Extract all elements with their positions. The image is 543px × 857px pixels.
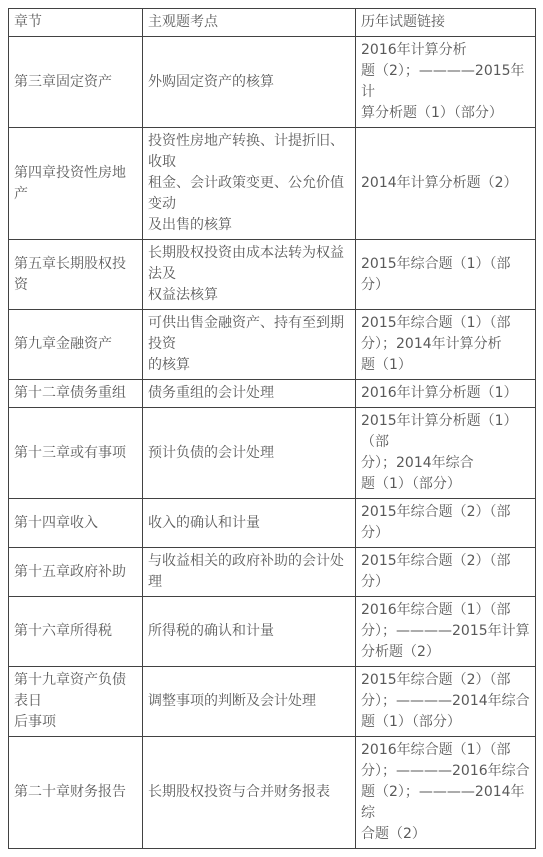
header-row: 章节 主观题考点 历年试题链接 — [9, 9, 536, 37]
table-row: 第十三章或有事项 预计负债的会计处理 2015年计算分析题（1）（部 分）；20… — [9, 408, 536, 499]
table-row: 第五章长期股权投资 长期股权投资由成本法转为权益法及 权益法核算 2015年综合… — [9, 240, 536, 310]
topic-cell: 调整事项的判断及会计处理 — [143, 667, 356, 737]
table-row: 第十五章政府补助 与收益相关的政府补助的会计处理 2015年综合题（2）（部分） — [9, 548, 536, 597]
chapter-cell: 第十四章收入 — [9, 499, 143, 548]
table-row: 第三章固定资产 外购固定资产的核算 2016年计算分析 题（2）；————201… — [9, 37, 536, 128]
chapter-cell: 第四章投资性房地产 — [9, 128, 143, 240]
links-cell: 2015年计算分析题（1）（部 分）；2014年综合 题（1）（部分） — [356, 408, 536, 499]
header-chapter: 章节 — [9, 9, 143, 37]
links-cell: 2015年综合题（2）（部 分）；————2014年综合 题（1）（部分） — [356, 667, 536, 737]
header-topic: 主观题考点 — [143, 9, 356, 37]
header-links: 历年试题链接 — [356, 9, 536, 37]
table-row: 第四章投资性房地产 投资性房地产转换、计提折旧、收取 租金、会计政策变更、公允价… — [9, 128, 536, 240]
links-cell: 2016年综合题（1）（部 分）；————2016年综合 题（2）；————20… — [356, 737, 536, 849]
chapter-cell: 第十九章资产负债表日 后事项 — [9, 667, 143, 737]
exam-topics-table: 章节 主观题考点 历年试题链接 第三章固定资产 外购固定资产的核算 2016年计… — [8, 8, 536, 849]
links-cell: 2016年计算分析 题（2）；————2015年计 算分析题（1）（部分） — [356, 37, 536, 128]
links-cell: 2015年综合题（2）（部分） — [356, 499, 536, 548]
table-row: 第二十章财务报告 长期股权投资与合并财务报表 2016年综合题（1）（部 分）；… — [9, 737, 536, 849]
chapter-cell: 第九章金融资产 — [9, 310, 143, 380]
topic-cell: 可供出售金融资产、持有至到期投资 的核算 — [143, 310, 356, 380]
table-row: 第十四章收入 收入的确认和计量 2015年综合题（2）（部分） — [9, 499, 536, 548]
chapter-cell: 第十五章政府补助 — [9, 548, 143, 597]
topic-cell: 债务重组的会计处理 — [143, 380, 356, 408]
topic-cell: 长期股权投资由成本法转为权益法及 权益法核算 — [143, 240, 356, 310]
links-cell: 2015年综合题（2）（部分） — [356, 548, 536, 597]
topic-cell: 收入的确认和计量 — [143, 499, 356, 548]
table-row: 第十六章所得税 所得税的确认和计量 2016年综合题（1）（部 分）；————2… — [9, 597, 536, 667]
topic-cell: 长期股权投资与合并财务报表 — [143, 737, 356, 849]
topic-cell: 投资性房地产转换、计提折旧、收取 租金、会计政策变更、公允价值变动 及出售的核算 — [143, 128, 356, 240]
chapter-cell: 第十三章或有事项 — [9, 408, 143, 499]
links-cell: 2015年综合题（1）（部 分）；2014年计算分析 题（1） — [356, 310, 536, 380]
chapter-cell: 第二十章财务报告 — [9, 737, 143, 849]
topic-cell: 外购固定资产的核算 — [143, 37, 356, 128]
links-cell: 2016年综合题（1）（部 分）；————2015年计算 分析题（2） — [356, 597, 536, 667]
chapter-cell: 第十六章所得税 — [9, 597, 143, 667]
table-row: 第十九章资产负债表日 后事项 调整事项的判断及会计处理 2015年综合题（2）（… — [9, 667, 536, 737]
links-cell: 2015年综合题（1）（部分） — [356, 240, 536, 310]
chapter-cell: 第三章固定资产 — [9, 37, 143, 128]
chapter-cell: 第十二章债务重组 — [9, 380, 143, 408]
links-cell: 2016年计算分析题（1） — [356, 380, 536, 408]
table-row: 第九章金融资产 可供出售金融资产、持有至到期投资 的核算 2015年综合题（1）… — [9, 310, 536, 380]
links-cell: 2014年计算分析题（2） — [356, 128, 536, 240]
chapter-cell: 第五章长期股权投资 — [9, 240, 143, 310]
topic-cell: 与收益相关的政府补助的会计处理 — [143, 548, 356, 597]
topic-cell: 所得税的确认和计量 — [143, 597, 356, 667]
topic-cell: 预计负债的会计处理 — [143, 408, 356, 499]
table-row: 第十二章债务重组 债务重组的会计处理 2016年计算分析题（1） — [9, 380, 536, 408]
